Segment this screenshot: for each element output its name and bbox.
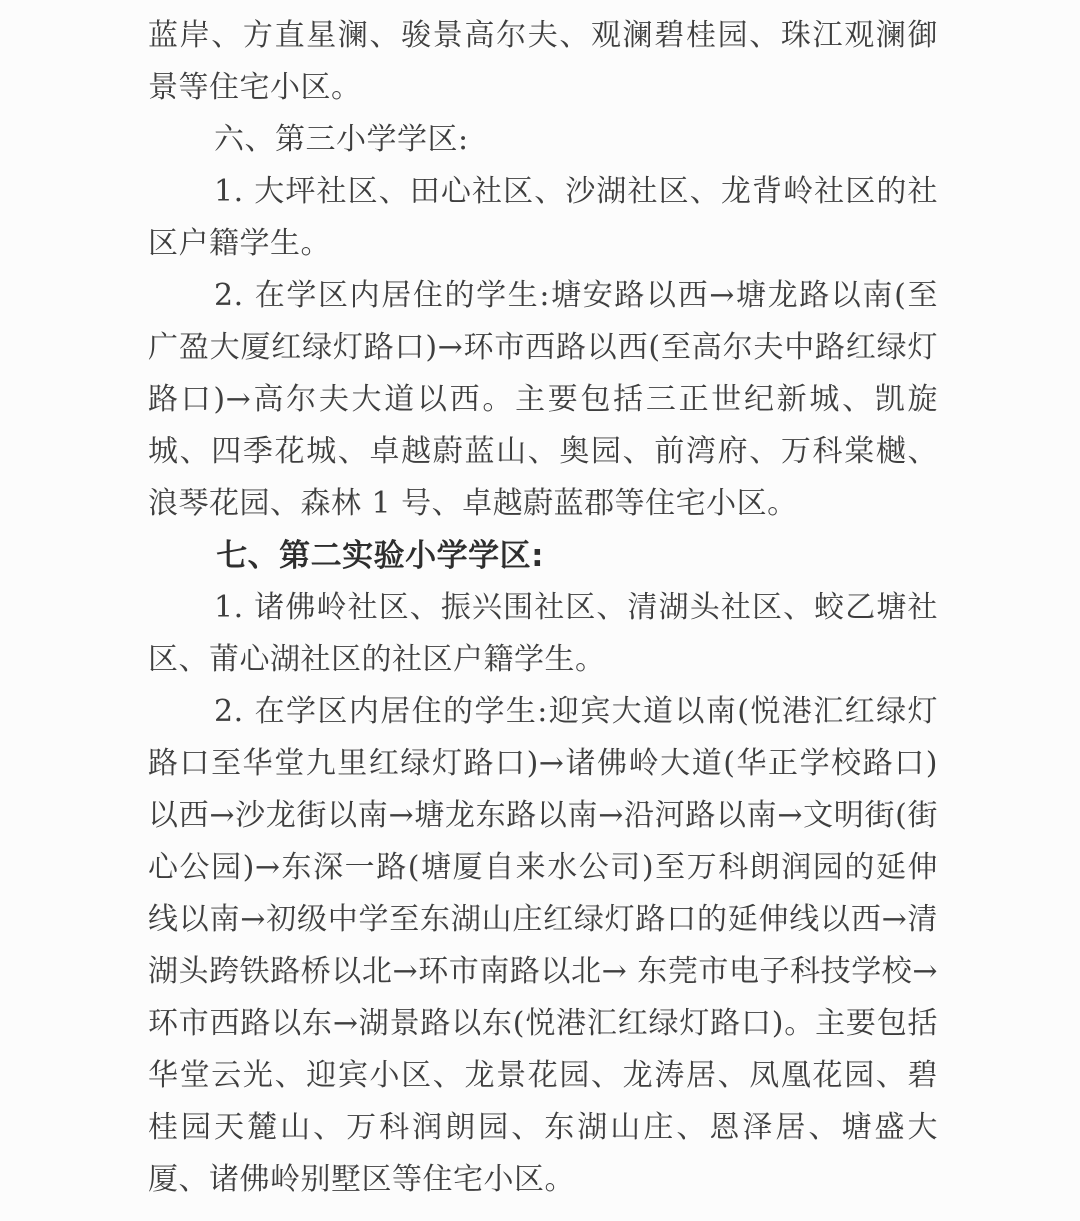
section-7-heading: 七、第二实验小学学区:: [148, 530, 938, 582]
section-6-item-1: 1. 大坪社区、田心社区、沙湖社区、龙背岭社区的社区户籍学生。: [148, 166, 938, 270]
section-7-item-2: 2. 在学区内居住的学生:迎宾大道以南(悦港汇红绿灯路口至华堂九里红绿灯路口)→…: [148, 686, 938, 1206]
document-page: 蓝岸、方直星澜、骏景高尔夫、观澜碧桂园、珠江观澜御景等住宅小区。 六、第三小学学…: [0, 0, 1080, 1221]
section-7-item-1: 1. 诸佛岭社区、振兴围社区、清湖头社区、蛟乙塘社区、莆心湖社区的社区户籍学生。: [148, 582, 938, 686]
paragraph-continuation: 蓝岸、方直星澜、骏景高尔夫、观澜碧桂园、珠江观澜御景等住宅小区。: [148, 10, 938, 114]
section-6-item-2: 2. 在学区内居住的学生:塘安路以西→塘龙路以南(至广盈大厦红绿灯路口)→环市西…: [148, 270, 938, 530]
section-6-heading: 六、第三小学学区:: [148, 114, 938, 166]
